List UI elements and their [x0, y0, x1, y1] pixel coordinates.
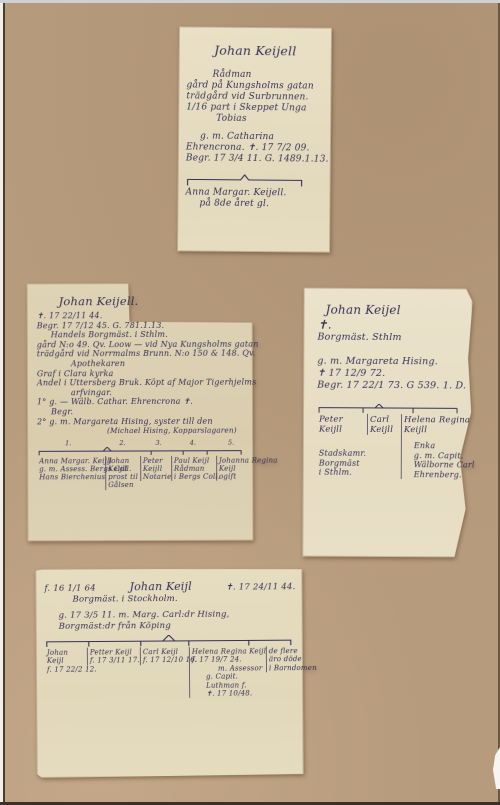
child-line: f. 17 3/11 17.	[90, 657, 138, 666]
child-line: Carl	[370, 415, 399, 425]
child-line: Carl Keijl	[143, 648, 187, 657]
child-line: f. 17 22/2 12.	[47, 665, 85, 674]
child-note-line: Ehrenberg.	[414, 470, 462, 480]
family-tree: Johan Keijl f. 17 22/2 12. Petter Keijl …	[45, 634, 296, 699]
tree-column: Peter Keijll Stadskamr. Borgmäst i Sthlm…	[317, 414, 367, 478]
handwriting-line: Apothekaren	[71, 359, 247, 369]
paper-note-top: Johan Keijell Rådman gård på Kungsholms …	[177, 26, 332, 252]
child-line: Keijl	[219, 464, 265, 472]
scan-edge-left-shadow	[3, 3, 5, 805]
branch-number: 1.	[65, 440, 71, 447]
branch-number: 2.	[119, 440, 125, 447]
child-line: Keijl	[47, 657, 85, 666]
handwriting-line: Andel i Uttersberg Bruk. Köpt af Major T…	[37, 378, 247, 388]
child-line: Helena Regina Keijl	[192, 647, 264, 656]
note-title: Johan Keijell.	[59, 295, 247, 309]
branch-number: 5.	[228, 439, 234, 446]
note-title: Johan Keijell	[187, 42, 324, 58]
handwriting-line: 1/16 part i Skeppet Unga	[186, 102, 323, 114]
child-line: ✝. 17 10/48.	[206, 689, 264, 698]
handwriting-annotation: (Michael Hising, Kopparslagaren)	[107, 426, 247, 436]
child-line: i Barndomen	[269, 664, 309, 673]
tree-column: Anna Margar. Keijll g. m. Assess. Bergs …	[37, 456, 105, 482]
child-line: ogift	[219, 473, 265, 481]
note-title: Johan Keijl	[129, 582, 191, 593]
child-line: g. m. Assess. Bergs Coll.	[39, 465, 103, 473]
tree-column: Helena Regina Keijll Enka g. m. Capit. W…	[401, 414, 464, 479]
child-line: Keijll	[108, 465, 138, 473]
child-line: Keijll	[319, 425, 365, 435]
child-line: de flere	[269, 647, 309, 656]
child-line: Keijll	[143, 465, 169, 473]
child-note-line: Stadskamr.	[319, 449, 365, 459]
handwriting-line: arfvingar.	[71, 387, 247, 397]
child-line: Hans Bierchenius	[39, 473, 103, 481]
tree-column: Petter Keijl f. 17 3/11 17.	[87, 647, 140, 665]
tree-column: Paul Keijl Rådman i Bergs Coll.	[171, 455, 216, 481]
child-line: på 8de året gl.	[199, 199, 322, 211]
scan-board: Johan Keijell Rådman gård på Kungsholms …	[0, 0, 500, 805]
family-tree: Peter Keijll Stadskamr. Borgmäst i Sthlm…	[317, 404, 464, 480]
child-line: Rådman	[174, 465, 214, 473]
handwriting-line: Borgmäst:dr från Köping	[59, 620, 296, 632]
child-note-line: Borgmäst	[319, 458, 365, 468]
child-line: Peter	[143, 457, 169, 465]
child-line: Gålsen	[108, 481, 138, 489]
tree-column: de flere äro döde i Barndomen	[266, 646, 311, 673]
child-line: Johan	[47, 649, 85, 658]
child-line: Johanna Regina	[219, 456, 265, 464]
child-line: f. 17 12/10 16.	[143, 656, 187, 665]
tree-column: Helena Regina Keijl f. 17 19/7 24. m. As…	[189, 646, 266, 698]
handwriting-line: g. m. Margareta Hising.	[317, 356, 464, 369]
handwriting-line: Tobias	[216, 114, 323, 126]
paper-note-bottom: f. 16 1/1 64 Johan Keijl ✝. 17 24/11 44.…	[35, 567, 303, 778]
family-tree: 1. 2. 3. 4. 5. Anna Margar. Keijll g. m.…	[37, 439, 247, 490]
paper-tear-notch	[493, 747, 500, 789]
child-line: Paul Keijl	[174, 456, 214, 464]
birth-date: f. 16 1/1 64	[44, 584, 95, 595]
child-note-line: Wälborne Carl	[414, 460, 462, 470]
tree-column: Peter Keijll Notarie	[140, 456, 171, 482]
handwriting-line: Borgmäst. Sthlm	[317, 332, 464, 345]
branch-number: 3.	[156, 440, 162, 447]
tree-column: Johan Keijl f. 17 22/2 12.	[45, 648, 87, 675]
child-note-line: i Sthlm.	[319, 468, 365, 478]
tree-column: Carl Keijl f. 17 12/10 16.	[140, 647, 189, 665]
child-line: Petter Keijl	[90, 648, 138, 657]
child-line: Keijll	[404, 425, 462, 435]
child-line: äro döde	[269, 655, 309, 664]
child-line: Notarie	[143, 473, 169, 481]
child-line: i Bergs Coll.	[174, 473, 214, 481]
tree-column: Carl Keijll	[367, 414, 401, 435]
cross-symbol: ✝.	[317, 318, 464, 333]
handwriting-line: trädgård vid Norrmalms Brunn. N:o 150 & …	[37, 349, 247, 359]
handwriting-line: ✝ 17 12/9 72.	[317, 368, 464, 381]
child-line: Keijll	[370, 425, 399, 435]
handwriting-line: Begr. 17 3/4 11. G. 1489.1.13.	[186, 153, 323, 165]
child-line: Peter	[319, 415, 365, 425]
family-tree-bracket	[186, 173, 323, 187]
child-line: Johan	[108, 457, 138, 465]
scan-edge-top	[0, 0, 500, 3]
child-line: m. Assessor	[218, 664, 264, 673]
child-note-line: g. m. Capit.	[414, 451, 462, 461]
child-note-line: Enka	[414, 441, 462, 451]
death-date: ✝. 17 24/11 44.	[226, 582, 296, 593]
paper-note-right: Johan Keijel ✝. Borgmäst. Sthlm g. m. Ma…	[302, 288, 472, 558]
handwriting-line: Begr. 17 22/1 73. G 539. 1. D.	[317, 380, 464, 393]
note-title: Johan Keijel	[326, 304, 465, 317]
branch-number: 4.	[190, 440, 196, 447]
tree-column: Johanna Regina Keijl ogift	[216, 455, 267, 481]
child-line: Helena Regina	[404, 415, 462, 425]
tree-column: Johan Keijll prost til Gålsen	[105, 456, 140, 490]
paper-note-left: Johan Keijell. ✝. 17 22/11 44. Begr. 17 …	[27, 283, 254, 542]
child-line: Anna Margar. Keijll	[39, 457, 103, 465]
